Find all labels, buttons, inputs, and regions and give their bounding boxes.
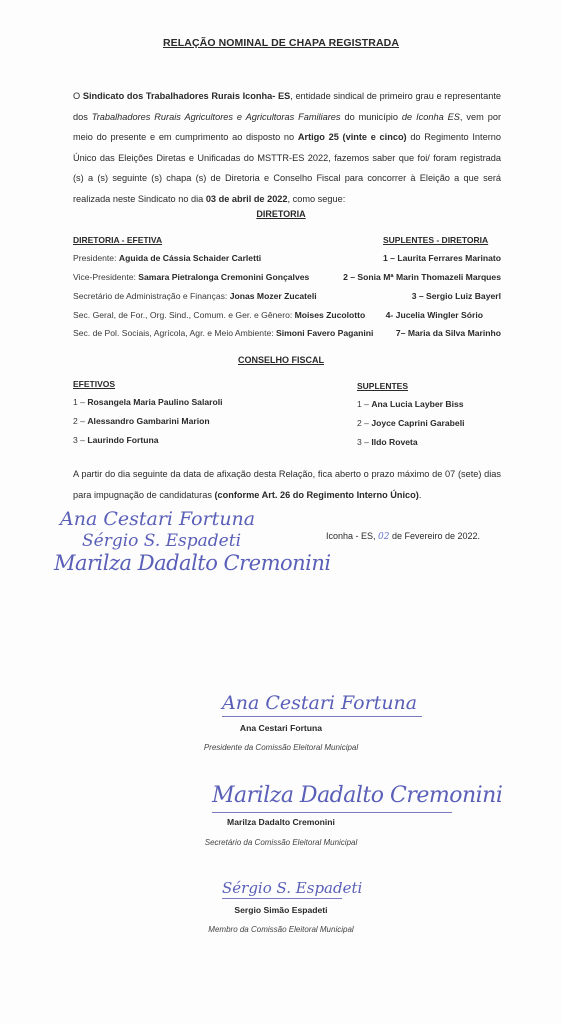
list-item: 2 – Alessandro Gambarini Marion [73,416,210,426]
list-item: 3 – Laurindo Fortuna [73,435,158,445]
suplentes-heading: SUPLENTES [357,381,408,391]
closing-paragraph: A partir do dia seguinte da data de afix… [73,464,501,505]
diretoria-efetiva-heading: DIRETORIA - EFETIVA [73,235,162,245]
document-date: Iconha - ES, 02 de Fevereiro de 2022. [326,531,480,542]
suplentes-diretoria-heading: SUPLENTES - DIRETORIA [383,235,488,245]
efetivos-heading: EFETIVOS [73,379,115,389]
signer-role: Membro da Comissão Eleitoral Municipal [0,925,562,934]
list-item: 3 – Sergio Luiz Bayerl [412,291,501,301]
list-item: Vice-Presidente: Samara Pietralonga Crem… [73,272,309,282]
signature-scribble: Ana Cestari Fortuna [222,692,417,714]
list-item: 2 – Joyce Caprini Garabeli [357,418,464,428]
list-item: Presidente: Aguida de Cássia Schaider Ca… [73,253,261,263]
signer-name: Sergio Simão Espadeti [0,905,562,915]
handwritten-signature: Ana Cestari Fortuna [60,508,255,530]
list-item: 4- Jucelia Wingler Sório [386,310,483,320]
signature-line [222,716,422,717]
signer-role: Secretário da Comissão Eleitoral Municip… [0,838,562,847]
signer-role: Presidente da Comissão Eleitoral Municip… [0,743,562,752]
list-item: Sec. Geral, de For., Org. Sind., Comum. … [73,310,365,320]
document-page: RELAÇÃO NOMINAL DE CHAPA REGISTRADA O Si… [0,0,562,1024]
signature-scribble: Marilza Dadalto Cremonini [212,783,502,808]
signature-line [222,898,342,899]
conselho-fiscal-heading: CONSELHO FISCAL [0,355,562,365]
signature-line [212,812,452,813]
list-item: Sec. de Pol. Sociais, Agrícola, Agr. e M… [73,328,373,338]
list-item: 7– Maria da Silva Marinho [396,328,501,338]
handwritten-signature: Sérgio S. Espadeti [82,531,241,551]
signature-scribble: Sérgio S. Espadeti [222,879,362,897]
signer-name: Ana Cestari Fortuna [0,723,562,733]
list-item: Secretário de Administração e Finanças: … [73,291,317,301]
list-item: 1 – Ana Lucia Layber Biss [357,399,464,409]
intro-paragraph: O Sindicato dos Trabalhadores Rurais Ico… [73,86,501,209]
handwritten-signature: Marilza Dadalto Cremonini [54,551,331,575]
document-title: RELAÇÃO NOMINAL DE CHAPA REGISTRADA [0,37,562,49]
list-item: 1 – Laurita Ferrares Marinato [383,253,501,263]
list-item: 3 – Ildo Roveta [357,437,418,447]
diretoria-heading: DIRETORIA [0,209,562,219]
signer-name: Marilza Dadalto Cremonini [0,817,562,827]
list-item: 2 – Sonia Mª Marin Thomazeli Marques [343,272,501,282]
list-item: 1 – Rosangela Maria Paulino Salaroli [73,397,223,407]
